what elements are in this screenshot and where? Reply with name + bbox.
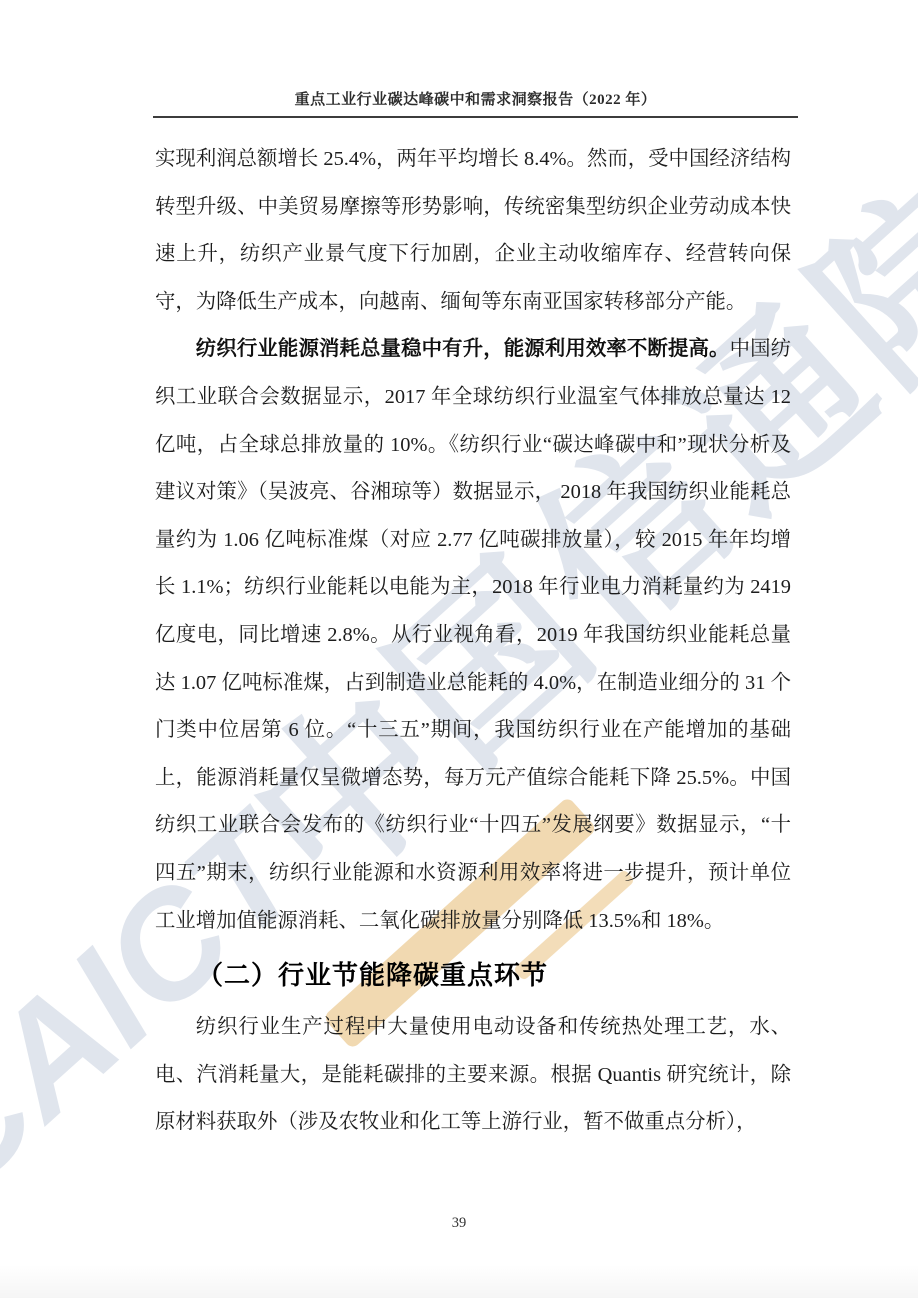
paragraph-energy-bold-lead: 纺织行业能源消耗总量稳中有升，能源利用效率不断提高。 [196,338,730,360]
header-rule [153,116,798,118]
document-page: CAICT中国信通院 重点工业行业碳达峰碳中和需求洞察报告（2022 年） 实现… [0,0,918,1298]
page-header: 重点工业行业碳达峰碳中和需求洞察报告（2022 年） [153,0,798,118]
page-body: 实现利润总额增长 25.4%，两年平均增长 8.4%。然而，受中国经济结构转型升… [155,136,791,1147]
page-number: 39 [452,1215,467,1231]
paragraph-profit-growth: 实现利润总额增长 25.4%，两年平均增长 8.4%。然而，受中国经济结构转型升… [155,136,791,326]
paragraph-carbon-sources: 纺织行业生产过程中大量使用电动设备和传统热处理工艺，水、电、汽消耗量大，是能耗碳… [155,1004,791,1147]
paragraph-energy-body: 中国纺织工业联合会数据显示，2017 年全球纺织行业温室气体排放总量达 12 亿… [155,338,791,931]
paragraph-energy-consumption: 纺织行业能源消耗总量稳中有升，能源利用效率不断提高。中国纺织工业联合会数据显示，… [155,326,791,945]
page-footer: 39 [0,1214,918,1232]
section-heading-energy-saving: （二）行业节能降碳重点环节 [155,956,791,994]
report-title: 重点工业行业碳达峰碳中和需求洞察报告（2022 年） [295,88,657,116]
bottom-shadow [0,1264,918,1298]
